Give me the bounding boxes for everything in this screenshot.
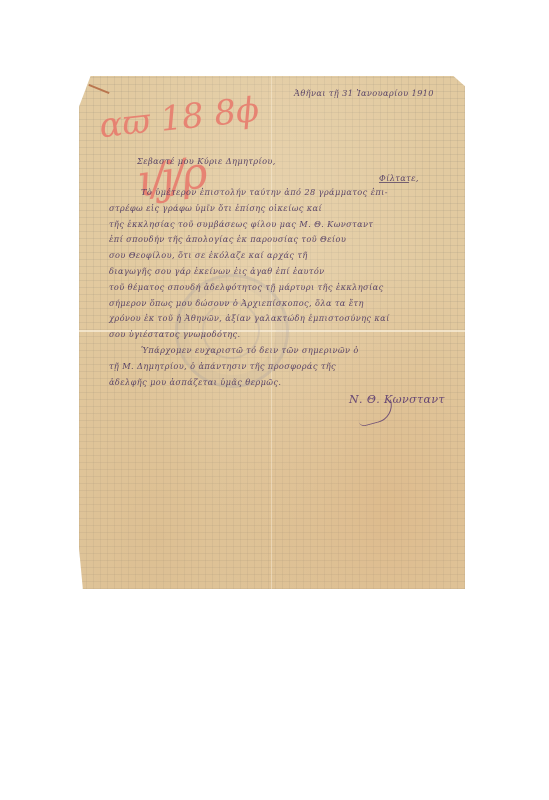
body-line: σου Θεοφίλου, ὅτι σε ἐκόλαζε καί αρχάς τ… <box>109 248 454 264</box>
closing-line: ἀδελφῆς μου ἀσπάζεται ὑμᾶς θερμῶς. <box>109 375 454 391</box>
body-line: χρόνου ἐκ τοῦ ἡ Ἀθηνῶν, ἀξίαν γαλακτώδη … <box>109 311 454 327</box>
signature: Ν. Θ. Κωνσταντ <box>349 393 445 406</box>
corner-mark <box>88 84 109 94</box>
closing-line: τῇ Μ. Δημητρίου, ὁ ἀπάντησιν τῆς προσφορ… <box>109 359 454 375</box>
letter-body: Τὸ ὑμέτερον ἐπιστολήν ταύτην ἀπό 28 γράμ… <box>109 185 454 390</box>
body-line: τῆς ἐκκλησίας τοῦ συμβάσεως φίλου μας Μ.… <box>109 217 454 233</box>
body-line: ἐπί σπουδήν τῆς ἀπολογίας ἐκ παρουσίας τ… <box>109 232 454 248</box>
salutation-underline <box>379 182 409 183</box>
letter-page: αϖ 18 8ϕ ι/ϳ/ρ Ἀθῆναι τῇ 31 Ἰανουαρίου 1… <box>79 76 465 589</box>
body-line: Τὸ ὑμέτερον ἐπιστολήν ταύτην ἀπό 28 γράμ… <box>109 185 454 201</box>
body-line: διαγωγῆς σου γάρ ἐκείνων ἐις ἀγαθ ἐπί ἑα… <box>109 264 454 280</box>
red-pencil-annotation-number: αϖ 18 8ϕ <box>97 90 261 147</box>
closing-line: Ὑπάρχομεν ευχαριστῶ τό δειν τῶν σημερινῶ… <box>109 343 454 359</box>
body-line: σου ὑγιέστατος γνωμοδότης. <box>109 327 454 343</box>
address-line: Σεβαστέ μου Κύριε Δημητρίου, <box>137 156 276 166</box>
dateline: Ἀθῆναι τῇ 31 Ἰανουαρίου 1910 <box>294 88 434 98</box>
body-line: σήμερον ὅπως μου δώσουν ὁ Ἀρχιεπίσκοπος,… <box>109 296 454 312</box>
body-line: στρέφω εἰς γράφω ὑμῖν ὅτι ἐπίσης οἰκείως… <box>109 201 454 217</box>
body-line: τοῦ θέματος σπουδή ἀδελφότητος τῇ μάρτυρ… <box>109 280 454 296</box>
